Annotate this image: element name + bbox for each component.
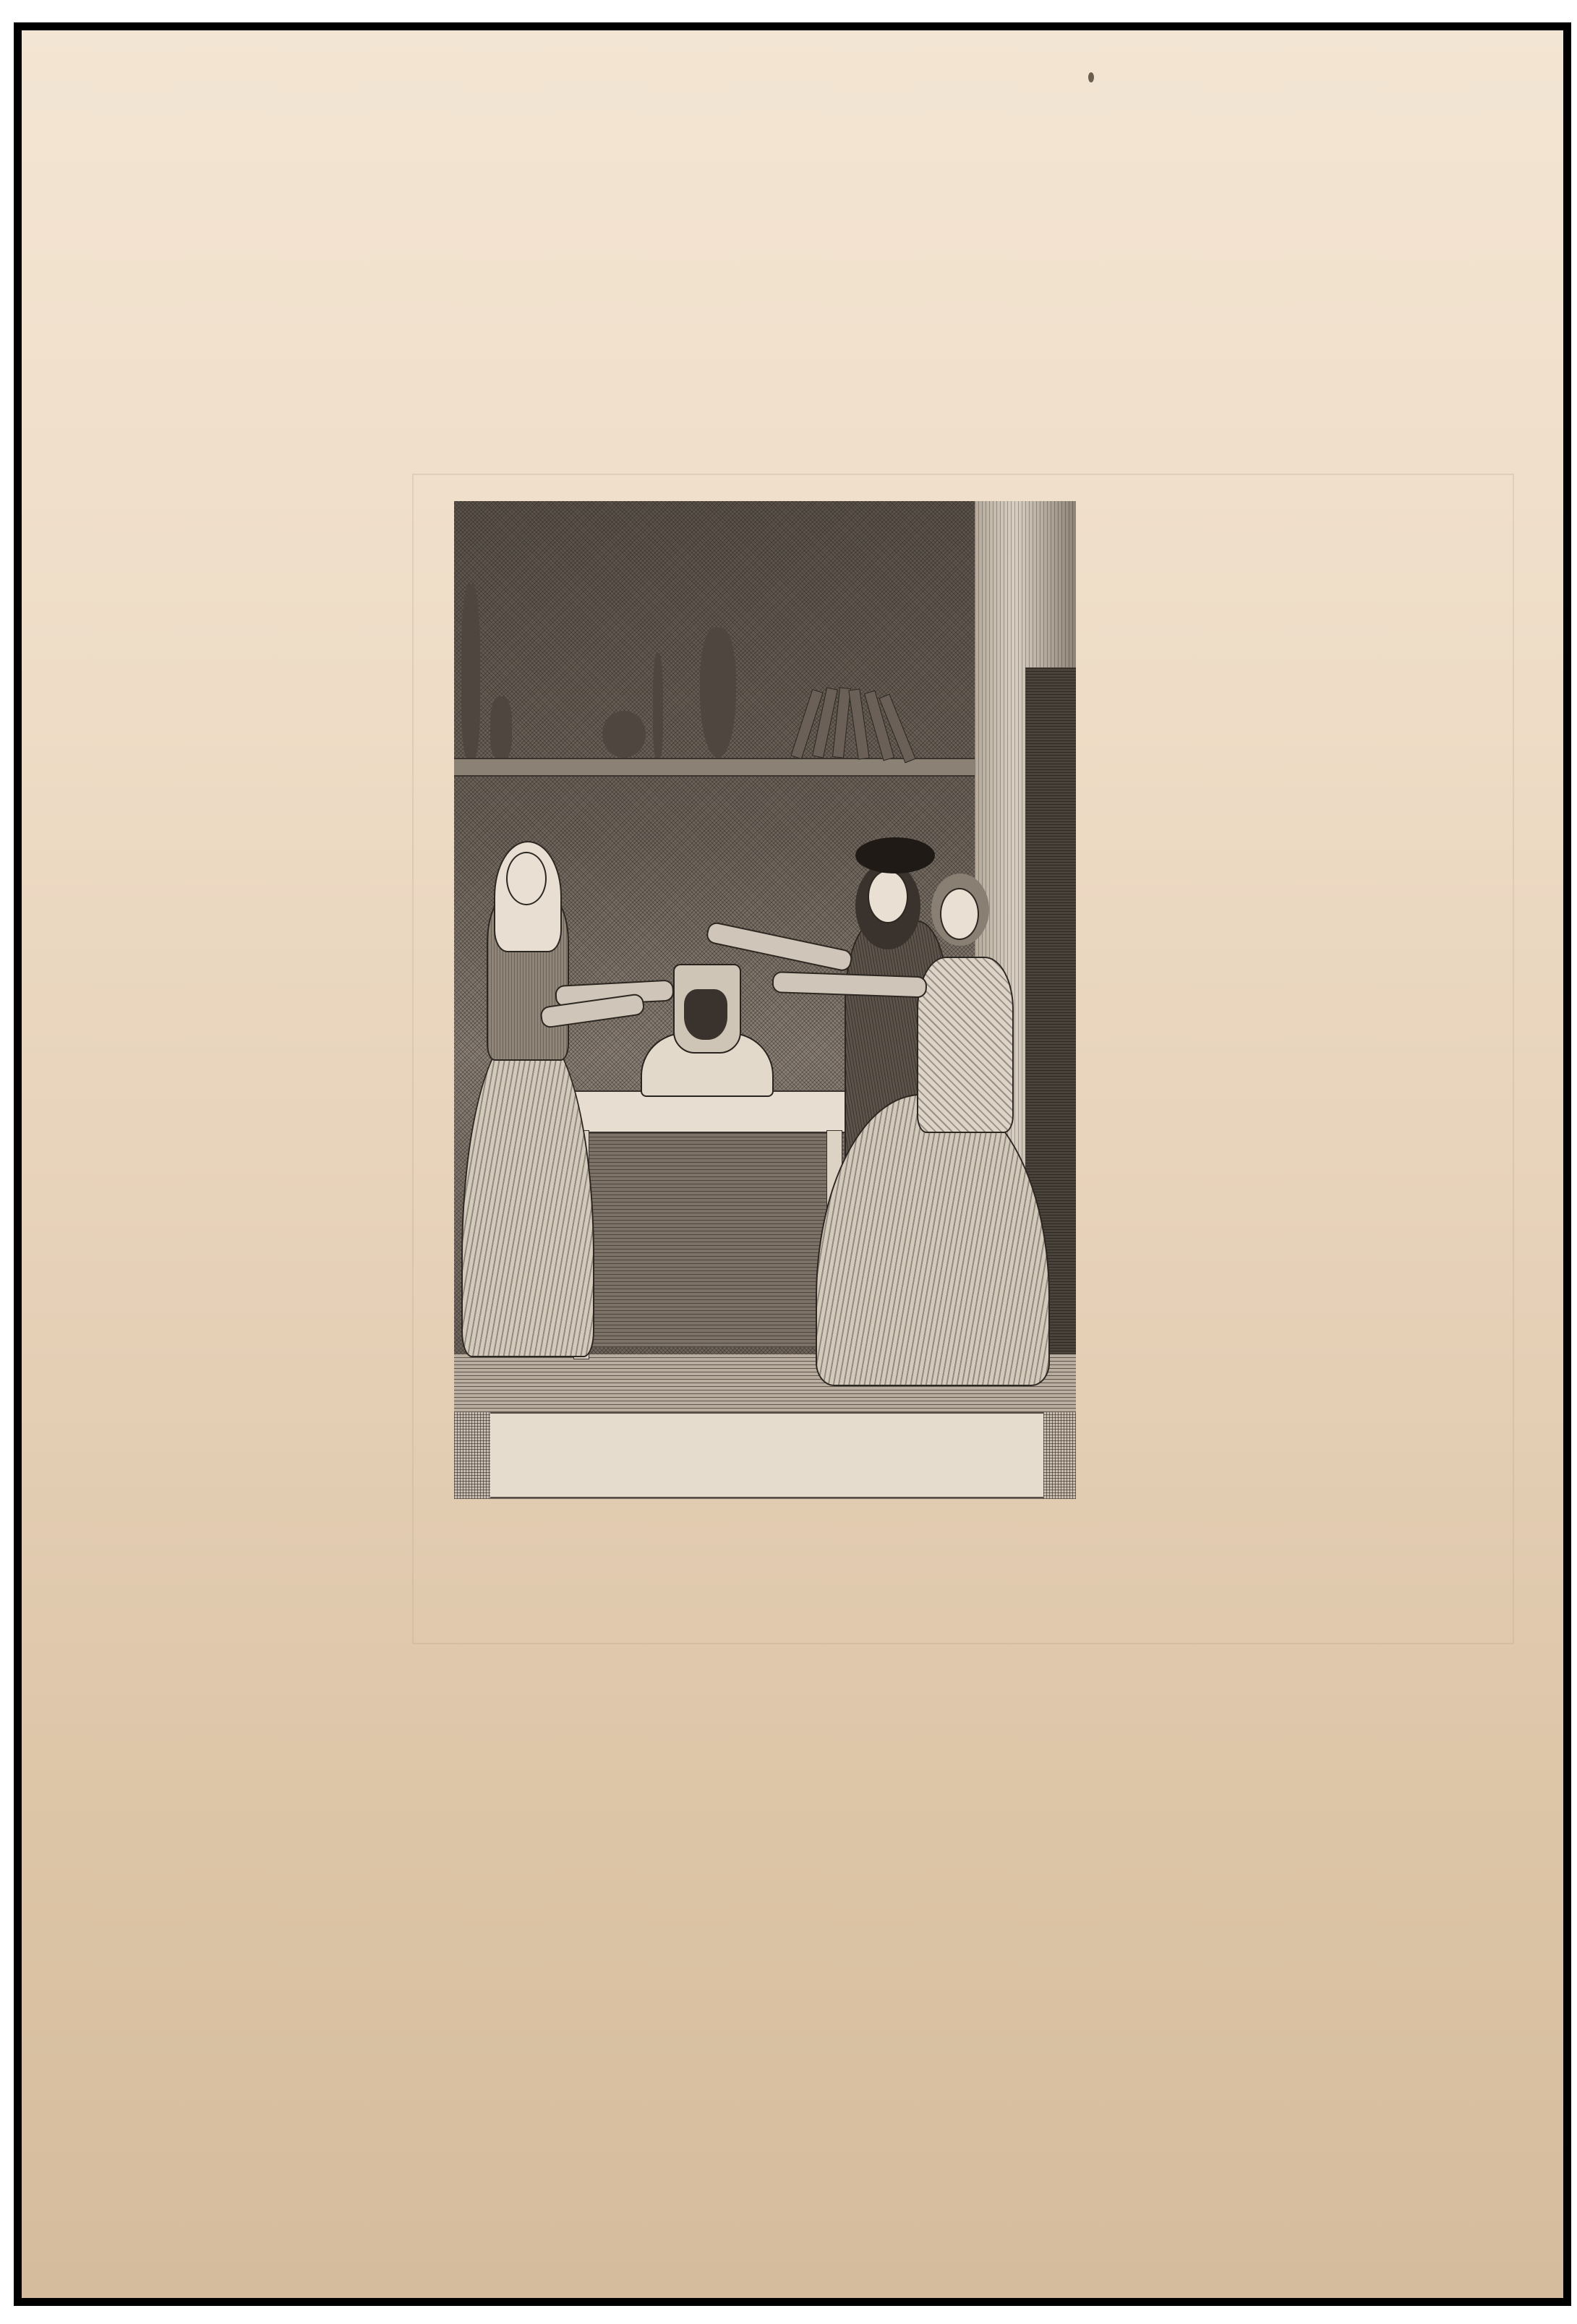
test-tube (653, 653, 663, 758)
table-underside (584, 1130, 830, 1347)
small-bottle (490, 696, 512, 758)
shelf (454, 758, 975, 777)
paper-speck (1088, 72, 1094, 82)
face (940, 888, 979, 940)
face (868, 870, 908, 923)
vase-bottle (700, 628, 736, 758)
etching-plate (454, 501, 1076, 1499)
round-flask (602, 711, 646, 758)
bust-face (684, 989, 727, 1040)
plinth-step (490, 1412, 1043, 1498)
tall-flask (461, 584, 480, 758)
plumed-hat (855, 837, 935, 873)
plinth-side-left (454, 1412, 490, 1499)
plinth-side-right (1043, 1412, 1076, 1499)
face (506, 852, 547, 905)
patterned-bodice (917, 957, 1014, 1133)
